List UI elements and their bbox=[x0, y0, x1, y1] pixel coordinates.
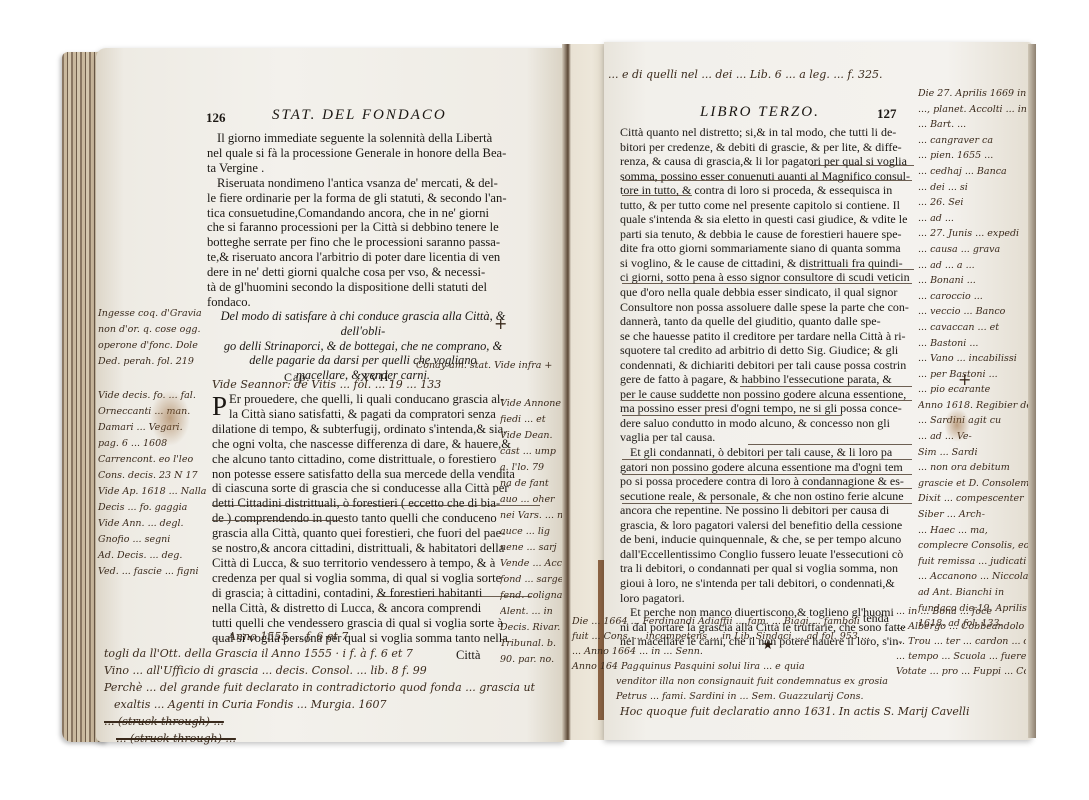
text-line: tutto, & per tutto come nel presente cap… bbox=[620, 198, 918, 213]
note-line: Cons. decis. 23 N 17 bbox=[98, 468, 206, 484]
left-page-body: Il giorno immediate seguente la solennit… bbox=[207, 131, 549, 310]
note-line: Siber ... Arch- bbox=[918, 507, 1028, 523]
underline bbox=[622, 400, 912, 401]
note-line: ... cangraver ca bbox=[918, 133, 1028, 149]
note-line: ... caroccio ... bbox=[918, 289, 1028, 305]
note-line: a. l'lo. 79 bbox=[500, 460, 562, 476]
note-line: Anno 1618. Regibier de bbox=[918, 398, 1028, 414]
folio-number-right: 127 bbox=[877, 106, 897, 122]
note-line: ... in ... Bona ... foce bbox=[896, 604, 1026, 619]
note-line: Die 27. Aprilis 1669 in bbox=[918, 86, 1028, 102]
text-line: te,& riseruato ancora l'arbitrio di pote… bbox=[197, 250, 549, 265]
text-line: bitori per credenze, & debiti di grascie… bbox=[620, 140, 918, 155]
note-line: Vide Ann. ... degl. bbox=[98, 516, 206, 532]
note-line: ... cedhaj ... Banca bbox=[918, 164, 1028, 180]
ink-stain bbox=[150, 390, 190, 446]
note-line: ... causa ... grava bbox=[918, 242, 1028, 258]
text-line: secutione reale, & personale, & che non … bbox=[610, 489, 918, 504]
note-line: ... Accanono ... Niccola bbox=[918, 569, 1028, 585]
note-line: Vide Dean. bbox=[500, 428, 562, 444]
text-line: tica consuetudine,Comandando ancora, che… bbox=[197, 206, 549, 221]
text-line: ancora che repentine. Ne possino li debi… bbox=[610, 503, 918, 518]
note-line: ... cavaccan ... et bbox=[918, 320, 1028, 336]
cross-mark: + bbox=[958, 370, 971, 389]
text-line: gatori non possino godere alcuna essenti… bbox=[610, 460, 918, 475]
handwritten-note-inline: Vide Seannor: de Vitis ... fol. ... 19 .… bbox=[212, 376, 441, 393]
note-line: Dixit ... compescenter bbox=[918, 491, 1028, 507]
paragraph-1: Il giorno immediate seguente la solennit… bbox=[207, 131, 549, 176]
text-line: Riseruata nondimeno l'antica vsanza de' … bbox=[207, 176, 549, 191]
note-line: grascie et D. Consolem bbox=[918, 476, 1028, 492]
underline bbox=[622, 459, 912, 460]
cross-mark: + bbox=[494, 314, 507, 333]
note-line: auo ... oher bbox=[500, 492, 562, 508]
text-line: gioui à loro, ne s'intenda per tali debi… bbox=[610, 576, 918, 591]
note-line: ... Trou ... ter ... cardon ... dari bbox=[896, 634, 1026, 649]
note-line: ... 26. Sei bbox=[918, 195, 1028, 211]
note-line: nei Vars. ... ne bbox=[500, 508, 562, 524]
left-margin-notes: Ingesse coq. d'Gravia non d'or. q. cose … bbox=[98, 306, 206, 580]
underline bbox=[212, 520, 340, 521]
rubric-line: go delli Strinaporci, & de bottegai, che… bbox=[208, 339, 518, 354]
note-line: ... Haec ... ma, bbox=[918, 523, 1028, 539]
right-page-margin-notes: Die 27. Aprilis 1669 in ..., planet. Acc… bbox=[918, 86, 1028, 632]
note-line: venditor illa non consignauit fuit conde… bbox=[616, 674, 912, 689]
note-line: ... Anno 1555 ... f. 6 et 7 bbox=[214, 628, 554, 645]
text-line: renza, & causa di grascia,& li lor pagat… bbox=[620, 154, 918, 169]
text-line: tà de gl'huomini secondo la dispositione… bbox=[197, 280, 549, 295]
text-line: fondaco. bbox=[197, 295, 549, 310]
note-line: ... 27. Junis ... expedi bbox=[918, 226, 1028, 242]
note-line: ... Bonani ... bbox=[918, 273, 1028, 289]
note-line: Carrencont. eo l'leo bbox=[98, 452, 206, 468]
underline bbox=[790, 488, 912, 489]
note-line: fond ... sarge bbox=[500, 572, 562, 588]
note-line: ... Sardini agit cu bbox=[918, 413, 1028, 429]
text-line: quale s'intenda & sia eletto in questi c… bbox=[620, 212, 918, 227]
text-line: de beni, inducie quinquennale, & che, se… bbox=[610, 532, 918, 547]
text-line: que d'oro nella quale debbia esser sindi… bbox=[620, 285, 918, 300]
underline bbox=[810, 165, 914, 166]
running-head-left: STAT. DEL FONDACO bbox=[272, 107, 447, 124]
note-line: ... Vano ... incabilissi bbox=[918, 351, 1028, 367]
text-line: condennati, & dichiariti debitori per ta… bbox=[620, 358, 918, 373]
note-line: complecre Consolis, eo ea bbox=[918, 538, 1028, 554]
ink-stain bbox=[944, 408, 970, 442]
note-line: Die ... 1664 ... Ferdinandi Adiaffii ...… bbox=[572, 614, 912, 629]
note-line: ... ad ... a ... bbox=[918, 258, 1028, 274]
running-head-right: LIBRO TERZO. bbox=[700, 104, 820, 121]
text-line: po si possa procedere contra di loro à c… bbox=[610, 474, 918, 489]
underline bbox=[212, 505, 540, 506]
note-line: fuit remissa ... judicati bbox=[918, 554, 1028, 570]
note-line: ..., planet. Accolti ... in bbox=[918, 102, 1028, 118]
right-page-bottom-notes: Die ... 1664 ... Ferdinandi Adiaffii ...… bbox=[572, 614, 912, 719]
open-book: 126 STAT. DEL FONDACO Il giorno immediat… bbox=[0, 0, 1089, 800]
note-line: ... per Bastoni ... bbox=[918, 367, 1028, 383]
note-line: fend. coligna bbox=[500, 588, 562, 604]
note-line: Ad. Decis. ... deg. bbox=[98, 548, 206, 564]
text-line: se che hauesse patito il creditore per t… bbox=[620, 329, 918, 344]
note-line: ad Ant. Bianchi in bbox=[918, 585, 1028, 601]
note-line: Gnofio ... segni bbox=[98, 532, 206, 548]
note-line: Alent. ... in bbox=[500, 604, 562, 620]
note-line: na de fant bbox=[500, 476, 562, 492]
note-line: ... veccio ... Banco bbox=[918, 304, 1028, 320]
note-line: ... Bart. ... bbox=[918, 117, 1028, 133]
note-line: Ded. perah. fol. 219 bbox=[98, 354, 206, 370]
folio-number-left: 126 bbox=[206, 110, 226, 126]
top-handwritten-note: ... e di quelli nel ... dei ... Lib. 6 .… bbox=[608, 66, 883, 83]
note-line: Vide Ap. 1618 ... Nalla bbox=[98, 484, 206, 500]
note-line: ... Albergo ... Cobbeandolo bbox=[896, 619, 1026, 634]
underline bbox=[740, 386, 912, 387]
note-line: operone d'fonc. Dole bbox=[98, 338, 206, 354]
underline bbox=[804, 269, 914, 270]
note-line: ... ad ... bbox=[918, 211, 1028, 227]
right-page-bottom-right-notes: ... in ... Bona ... foce ... Albergo ...… bbox=[896, 604, 1026, 679]
text-line: parti sia tenuto, & debbia le cause de f… bbox=[620, 227, 918, 242]
text-line: Consultore non possa assoluere dalle spe… bbox=[620, 300, 918, 315]
note-line: Anno 164 Pagquinus Pasquini solui lira .… bbox=[572, 659, 912, 674]
note-line: ... Anno 1664 ... in ... Senn. bbox=[572, 644, 912, 659]
note-line: non d'or. q. cose ogg. bbox=[98, 322, 206, 338]
struck-note-line: ... (struck through) ... bbox=[116, 730, 554, 747]
text-line: vaglia per tal causa. bbox=[620, 430, 918, 445]
note-line: togli da ll'Ott. della Grascia il Anno 1… bbox=[104, 645, 554, 662]
note-line: exaltis ... Agenti in Curia Fondis ... M… bbox=[114, 696, 554, 713]
text-line: che si faranno processioni per la Città … bbox=[197, 220, 549, 235]
note-line: Perchè ... del grande fuit declarato in … bbox=[104, 679, 554, 696]
paragraph-2: Riseruata nondimeno l'antica vsanza de' … bbox=[207, 176, 549, 310]
text-line: gere de fatto à pagare, & habbino l'esse… bbox=[620, 372, 918, 387]
text-line: Città quanto nel distretto; si,& in tal … bbox=[620, 125, 918, 140]
note-line: Petrus ... fami. Sardini in ... Sem. Gua… bbox=[616, 689, 912, 704]
text-line: dere in ne' detti giorni qualche cosa pe… bbox=[197, 265, 549, 280]
text-line: ta Vergine . bbox=[197, 161, 549, 176]
underline bbox=[622, 195, 692, 196]
text-line: grascia, & loro pagatori valersi del ben… bbox=[610, 518, 918, 533]
note-line: cast ... ump bbox=[500, 444, 562, 460]
note-line: Vino ... all'Ufficio di grascia ... deci… bbox=[104, 662, 554, 679]
note-line: pag. 6 ... 1608 bbox=[98, 436, 206, 452]
note-line: Hoc quoque fuit declaratio anno 1631. In… bbox=[620, 704, 912, 719]
note-line: Vide decis. fo. ... fal. bbox=[98, 388, 206, 404]
note-line: ... non ora debitum bbox=[918, 460, 1028, 476]
text-line: Et gli condannati, ò debitori per tali c… bbox=[620, 445, 918, 460]
text-line: Il giorno immediate seguente la solennit… bbox=[207, 131, 549, 146]
text-line: squotere tal credito ad arbitrio di dett… bbox=[620, 343, 918, 358]
underline bbox=[622, 415, 842, 416]
note-line: ... pien. 1655 ... bbox=[918, 148, 1028, 164]
text-line: botteghe serrate per fino che le process… bbox=[197, 235, 549, 250]
note-line: ... tempo ... Scuola ... fuere bbox=[896, 649, 1026, 664]
note-line: fiedi ... et bbox=[500, 412, 562, 428]
text-line: tra li debitori, o condannati per qual s… bbox=[610, 561, 918, 576]
note-line: Sim ... Sardi bbox=[918, 445, 1028, 461]
note-line: ... pio ecarante bbox=[918, 382, 1028, 398]
text-line: dite fra otto giorni sommariamente siano… bbox=[620, 241, 918, 256]
text-line: ma possino esser presi d'ogni tempo, ne … bbox=[620, 401, 918, 416]
text-line: dannerà, tanto da quelle del giuditio, q… bbox=[620, 314, 918, 329]
underline bbox=[622, 503, 912, 504]
left-page-bottom-notes: ... Anno 1555 ... f. 6 et 7 togli da ll'… bbox=[104, 628, 554, 747]
note-line: ... ad ... Ve- bbox=[918, 429, 1028, 445]
text-line: le fiere ordinarie per la forma de gli s… bbox=[197, 191, 549, 206]
note-line: Decis ... fo. gaggia bbox=[98, 500, 206, 516]
underline bbox=[622, 180, 912, 181]
text-line: loro pagatori. bbox=[610, 591, 918, 606]
note-line: fuit ... Cons. ... incompetens ... in Li… bbox=[572, 629, 912, 644]
note-line: Votate ... pro ... Fuppi ... Conj bbox=[896, 664, 1026, 679]
note-line: Vende ... Accol bbox=[500, 556, 562, 572]
underline bbox=[622, 474, 912, 475]
note-line: Ingesse coq. d'Gravia bbox=[98, 306, 206, 322]
underline bbox=[748, 444, 912, 445]
text-line: nel quale si fà la processione Generale … bbox=[197, 146, 549, 161]
text-line: somma, possino esser conuenuti auanti al… bbox=[620, 169, 918, 184]
underline bbox=[622, 283, 912, 284]
handwritten-note-inline: Conay am. stat. Vide infra + bbox=[416, 358, 552, 374]
paragraph-1: Città quanto nel distretto; si,& in tal … bbox=[620, 125, 918, 445]
struck-note-line: ... (struck through) ... bbox=[104, 713, 554, 730]
text-line: dere saluo condutto in modo alcuno, & co… bbox=[620, 416, 918, 431]
note-line: ... dei ... si bbox=[918, 180, 1028, 196]
rubric-line: Del modo di satisfare à chi conduce gras… bbox=[208, 309, 518, 339]
note-line: Vide Annone bbox=[500, 396, 562, 412]
note-line: Ved. ... fascie ... figni bbox=[98, 564, 206, 580]
paragraph-2: Et gli condannati, ò debitori per tali c… bbox=[620, 445, 918, 605]
note-line: ... Bastoni ... bbox=[918, 336, 1028, 352]
drop-cap: P bbox=[212, 394, 227, 418]
text-line: dall'Eccellentissimo Conglio fussero leu… bbox=[610, 547, 918, 562]
note-line: nene ... sarj bbox=[500, 540, 562, 556]
note-line: auce ... lig bbox=[500, 524, 562, 540]
page-edges-right bbox=[1028, 44, 1036, 738]
